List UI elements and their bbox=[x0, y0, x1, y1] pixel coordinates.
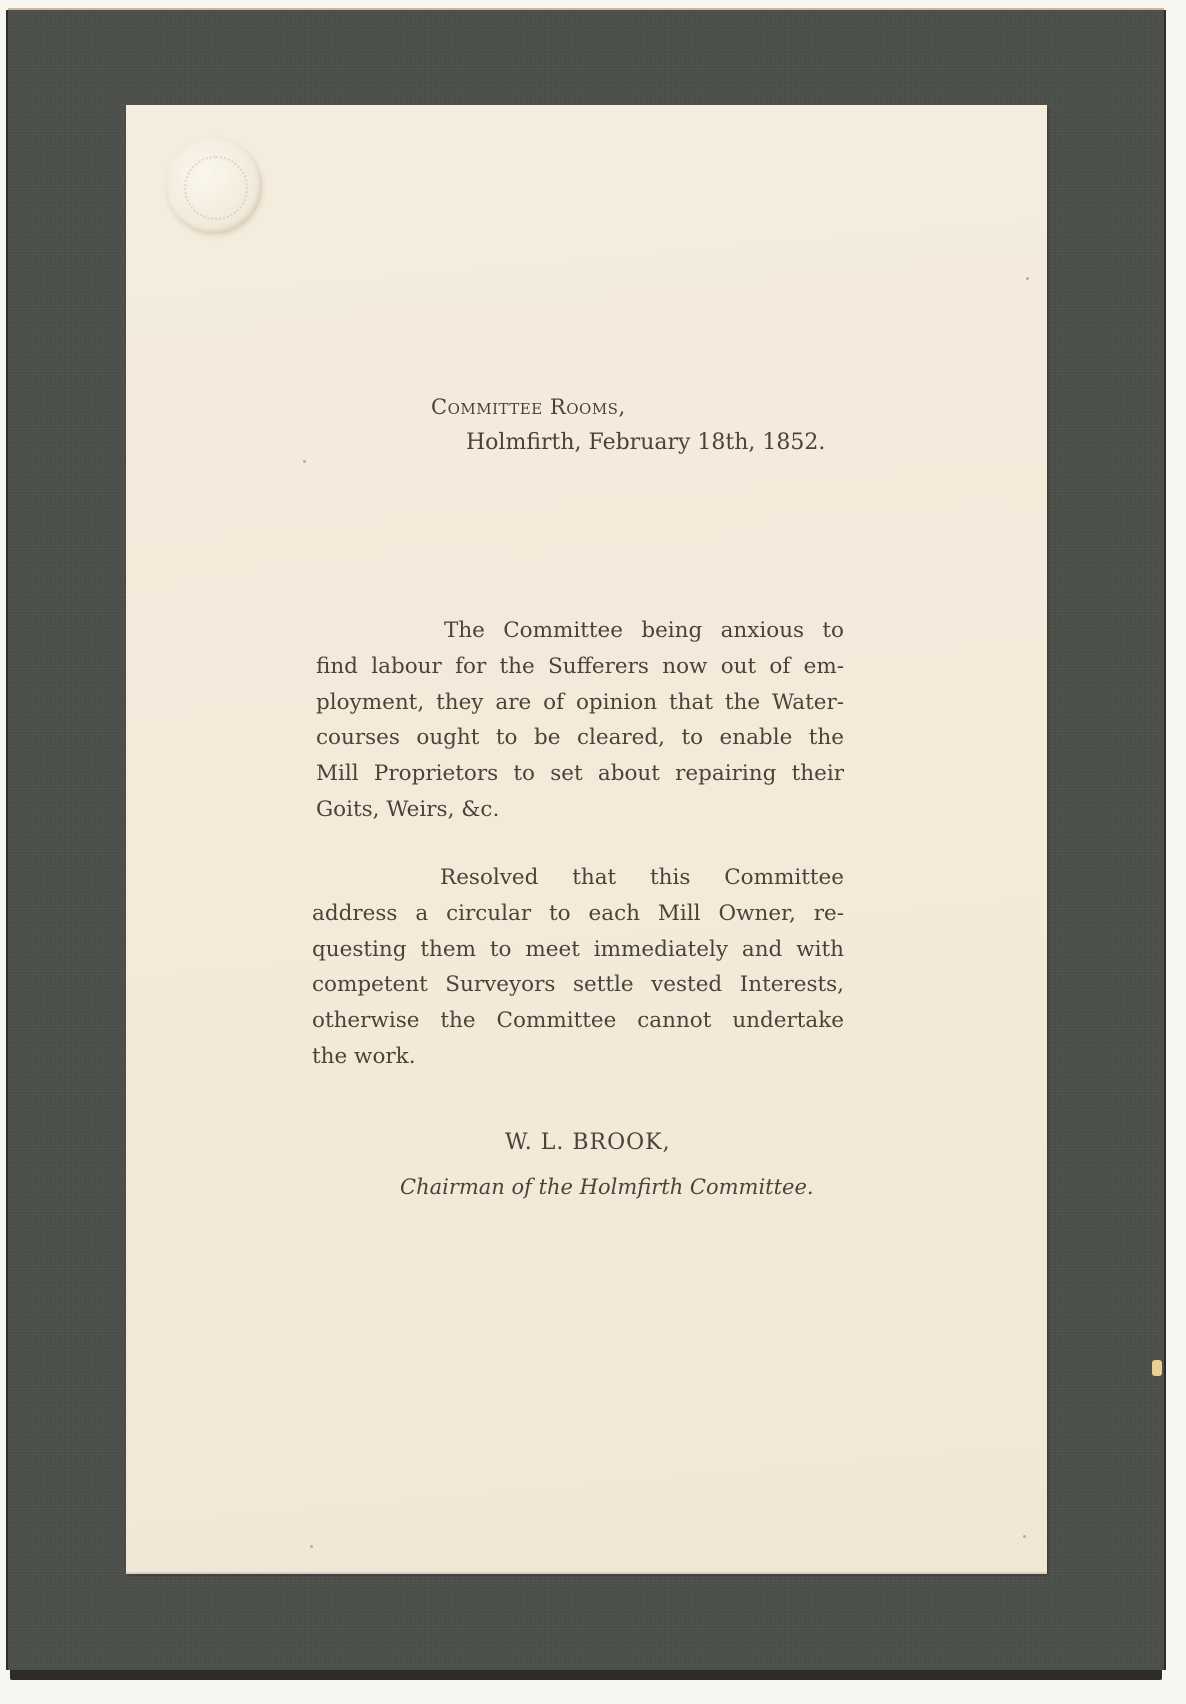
paragraph-line: the work. bbox=[312, 1039, 844, 1075]
paragraph-line: Resolved that this Committee bbox=[312, 860, 844, 896]
heading-smallcaps-1: ommittee bbox=[448, 395, 543, 419]
paragraph-line: ployment, they are of opinion that the W… bbox=[316, 685, 844, 721]
heading-committee-rooms: Committee Rooms, bbox=[431, 395, 626, 419]
paper-speck bbox=[1026, 277, 1029, 280]
paragraph-line: otherwise the Committee cannot undertake bbox=[312, 1003, 844, 1039]
paragraph-line: find labour for the Sufferers now out of… bbox=[316, 649, 844, 685]
heading-place-date: Holmfirth, February 18th, 1852. bbox=[466, 430, 825, 455]
mount-paper-tab bbox=[1152, 1360, 1162, 1376]
heading-initial-r: R bbox=[550, 395, 566, 419]
paragraph-line: The Committee being anxious to bbox=[316, 613, 844, 649]
paper-speck bbox=[310, 1545, 313, 1548]
paragraph-line: competent Surveyors settle vested Intere… bbox=[312, 967, 844, 1003]
paragraph-1: The Committee being anxious to find labo… bbox=[316, 613, 844, 828]
paragraph-2: Resolved that this Committee address a c… bbox=[312, 860, 844, 1075]
seal-ring bbox=[184, 156, 248, 220]
paper-speck bbox=[1023, 1535, 1026, 1538]
paper-speck bbox=[303, 460, 306, 463]
paragraph-line: questing them to meet immediately and wi… bbox=[312, 932, 844, 968]
signature-name: W. L. BROOK, bbox=[505, 1130, 671, 1155]
paragraph-line: Mill Proprietors to set about repairing … bbox=[316, 756, 844, 792]
heading-initial-c: C bbox=[431, 395, 448, 419]
paragraph-line: Goits, Weirs, &c. bbox=[316, 792, 844, 828]
document-paper: Committee Rooms, Holmfirth, February 18t… bbox=[126, 105, 1047, 1572]
heading-smallcaps-2: ooms, bbox=[566, 395, 625, 419]
embossed-seal-icon bbox=[166, 138, 262, 234]
signature-title: Chairman of the Holmfirth Committee. bbox=[400, 1175, 814, 1199]
paragraph-line: address a circular to each Mill Owner, r… bbox=[312, 896, 844, 932]
paragraph-line: courses ought to be cleared, to enable t… bbox=[316, 720, 844, 756]
